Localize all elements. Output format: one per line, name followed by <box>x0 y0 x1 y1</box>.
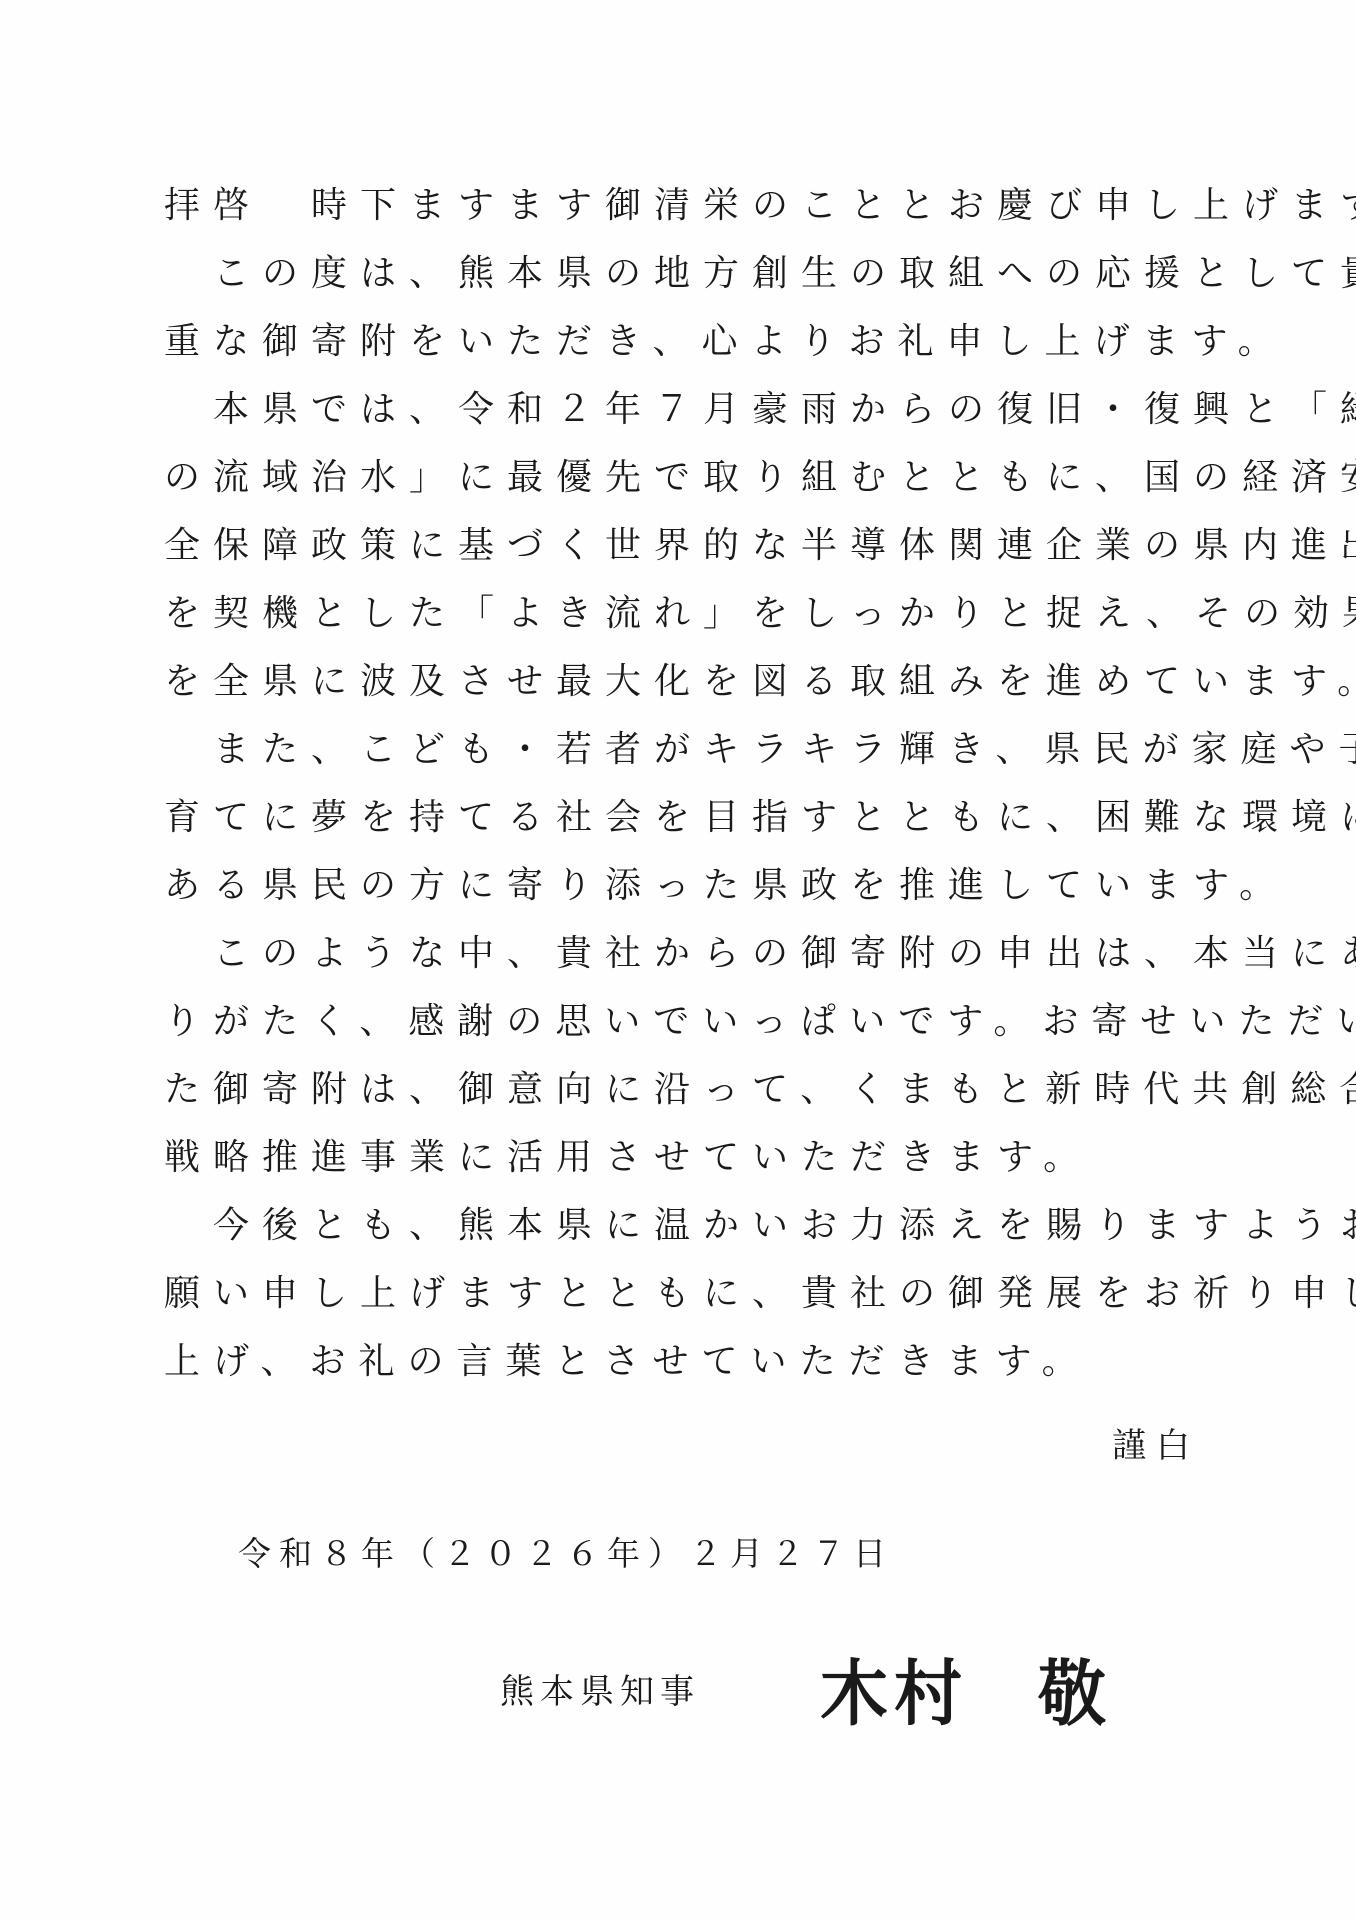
body-line: この度は、熊本県の地方創生の取組への応援として貴 <box>164 248 1224 316</box>
signer-given-name: 敬 <box>1038 1652 1112 1736</box>
letter-body: 拝啓 時下ますます御清栄のこととお慶び申し上げます。 この度は、熊本県の地方創生… <box>164 180 1224 1404</box>
body-line: 重な御寄附をいただき、心よりお礼申し上げます。 <box>164 316 1224 384</box>
closing-word: 謹白 <box>1112 1418 1200 1467</box>
body-line: を契機とした「よき流れ」をしっかりと捉え、その効果 <box>164 588 1224 656</box>
body-line: 願い申し上げますとともに、貴社の御発展をお祈り申し <box>164 1268 1224 1336</box>
body-line: りがたく、感謝の思いでいっぱいです。お寄せいただい <box>164 996 1224 1064</box>
body-line: 今後とも、熊本県に温かいお力添えを賜りますようお <box>164 1200 1224 1268</box>
body-line: 拝啓 時下ますます御清栄のこととお慶び申し上げます。 <box>164 180 1224 248</box>
body-line: 本県では、令和２年７月豪雨からの復旧・復興と「緑 <box>164 384 1224 452</box>
body-line: た御寄附は、御意向に沿って、くまもと新時代共創総合 <box>164 1064 1224 1132</box>
body-line: ある県民の方に寄り添った県政を推進しています。 <box>164 860 1224 928</box>
body-line: 育てに夢を持てる社会を目指すとともに、困難な環境に <box>164 792 1224 860</box>
letter-page: 拝啓 時下ますます御清栄のこととお慶び申し上げます。 この度は、熊本県の地方創生… <box>0 0 1356 1920</box>
body-line: を全県に波及させ最大化を図る取組みを進めています。 <box>164 656 1224 724</box>
signer-name: 木村敬 <box>820 1638 1112 1740</box>
body-line: 戦略推進事業に活用させていただきます。 <box>164 1132 1224 1200</box>
signer-title: 熊本県知事 <box>500 1664 700 1713</box>
body-line: 全保障政策に基づく世界的な半導体関連企業の県内進出 <box>164 520 1224 588</box>
body-line: また、こども・若者がキラキラ輝き、県民が家庭や子 <box>164 724 1224 792</box>
body-line: の流域治水」に最優先で取り組むとともに、国の経済安 <box>164 452 1224 520</box>
signer-surname: 木村 <box>820 1652 968 1736</box>
signature-block: 熊本県知事 木村敬 <box>500 1640 1112 1737</box>
letter-date: 令和８年（２０２６年）２月２７日 <box>238 1528 894 1575</box>
body-line: 上げ、お礼の言葉とさせていただきます。 <box>164 1336 1224 1404</box>
body-line: このような中、貴社からの御寄附の申出は、本当にあ <box>164 928 1224 996</box>
